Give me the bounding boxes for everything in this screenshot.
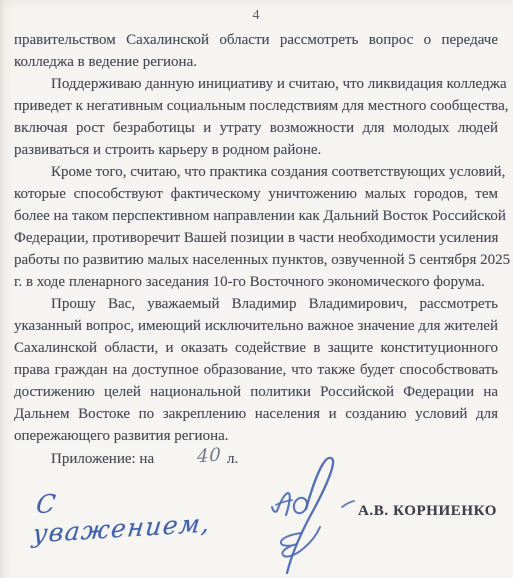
body-line: права граждан на доступное образование, …	[14, 359, 498, 381]
body-line: Сахалинской области, и оказать содействи…	[14, 337, 498, 359]
scanned-letter-page: 4 правительством Сахалинской области рас…	[0, 0, 513, 578]
attachment-sheets-handwritten: 40	[160, 444, 222, 472]
signature-autograph-icon	[262, 453, 366, 578]
body-line: приведет к негативным социальным последс…	[14, 95, 498, 117]
body-line: более на таком перспективном направлении…	[14, 205, 498, 227]
body-line: указанный вопрос, имеющий исключительно …	[14, 315, 498, 337]
attachment-label-prefix: Приложение: на	[51, 451, 154, 467]
body-line: Поддерживаю данную инициативу и считаю, …	[14, 73, 498, 95]
body-line: включая рост безработицы и утрату возмож…	[14, 117, 498, 139]
body-line: г. в ходе пленарного заседания 10-го Вос…	[14, 271, 498, 293]
body-line: правительством Сахалинской области рассм…	[14, 29, 498, 51]
body-line: Кроме того, считаю, что практика создани…	[14, 161, 498, 183]
letter-body: правительством Сахалинской области рассм…	[14, 29, 498, 469]
attachment-label-suffix: л.	[227, 451, 238, 467]
body-line: которые способствуют фактическому уничто…	[14, 183, 498, 205]
body-line: опережающего развития региона.	[14, 425, 498, 447]
body-line: колледжа в ведение региона.	[14, 51, 498, 73]
body-line: работы по развитию малых населенных пунк…	[14, 249, 498, 271]
signer-name: А.В. КОРНИЕНКО	[358, 503, 497, 520]
body-line: Дальнем Востоке по закреплению населения…	[14, 403, 498, 425]
body-line: Федерации, противоречит Вашей позиции в …	[14, 227, 498, 249]
attachment-line: Приложение: на40л.	[14, 447, 498, 469]
body-line: развиваться и строить карьеру в родном р…	[14, 139, 498, 161]
handwritten-closing: С уважением,	[31, 478, 237, 549]
body-line: достижению целей национальной политики Р…	[14, 381, 498, 403]
body-line: Прошу Вас, уважаемый Владимир Владимиров…	[14, 293, 498, 315]
page-number: 4	[14, 8, 498, 24]
